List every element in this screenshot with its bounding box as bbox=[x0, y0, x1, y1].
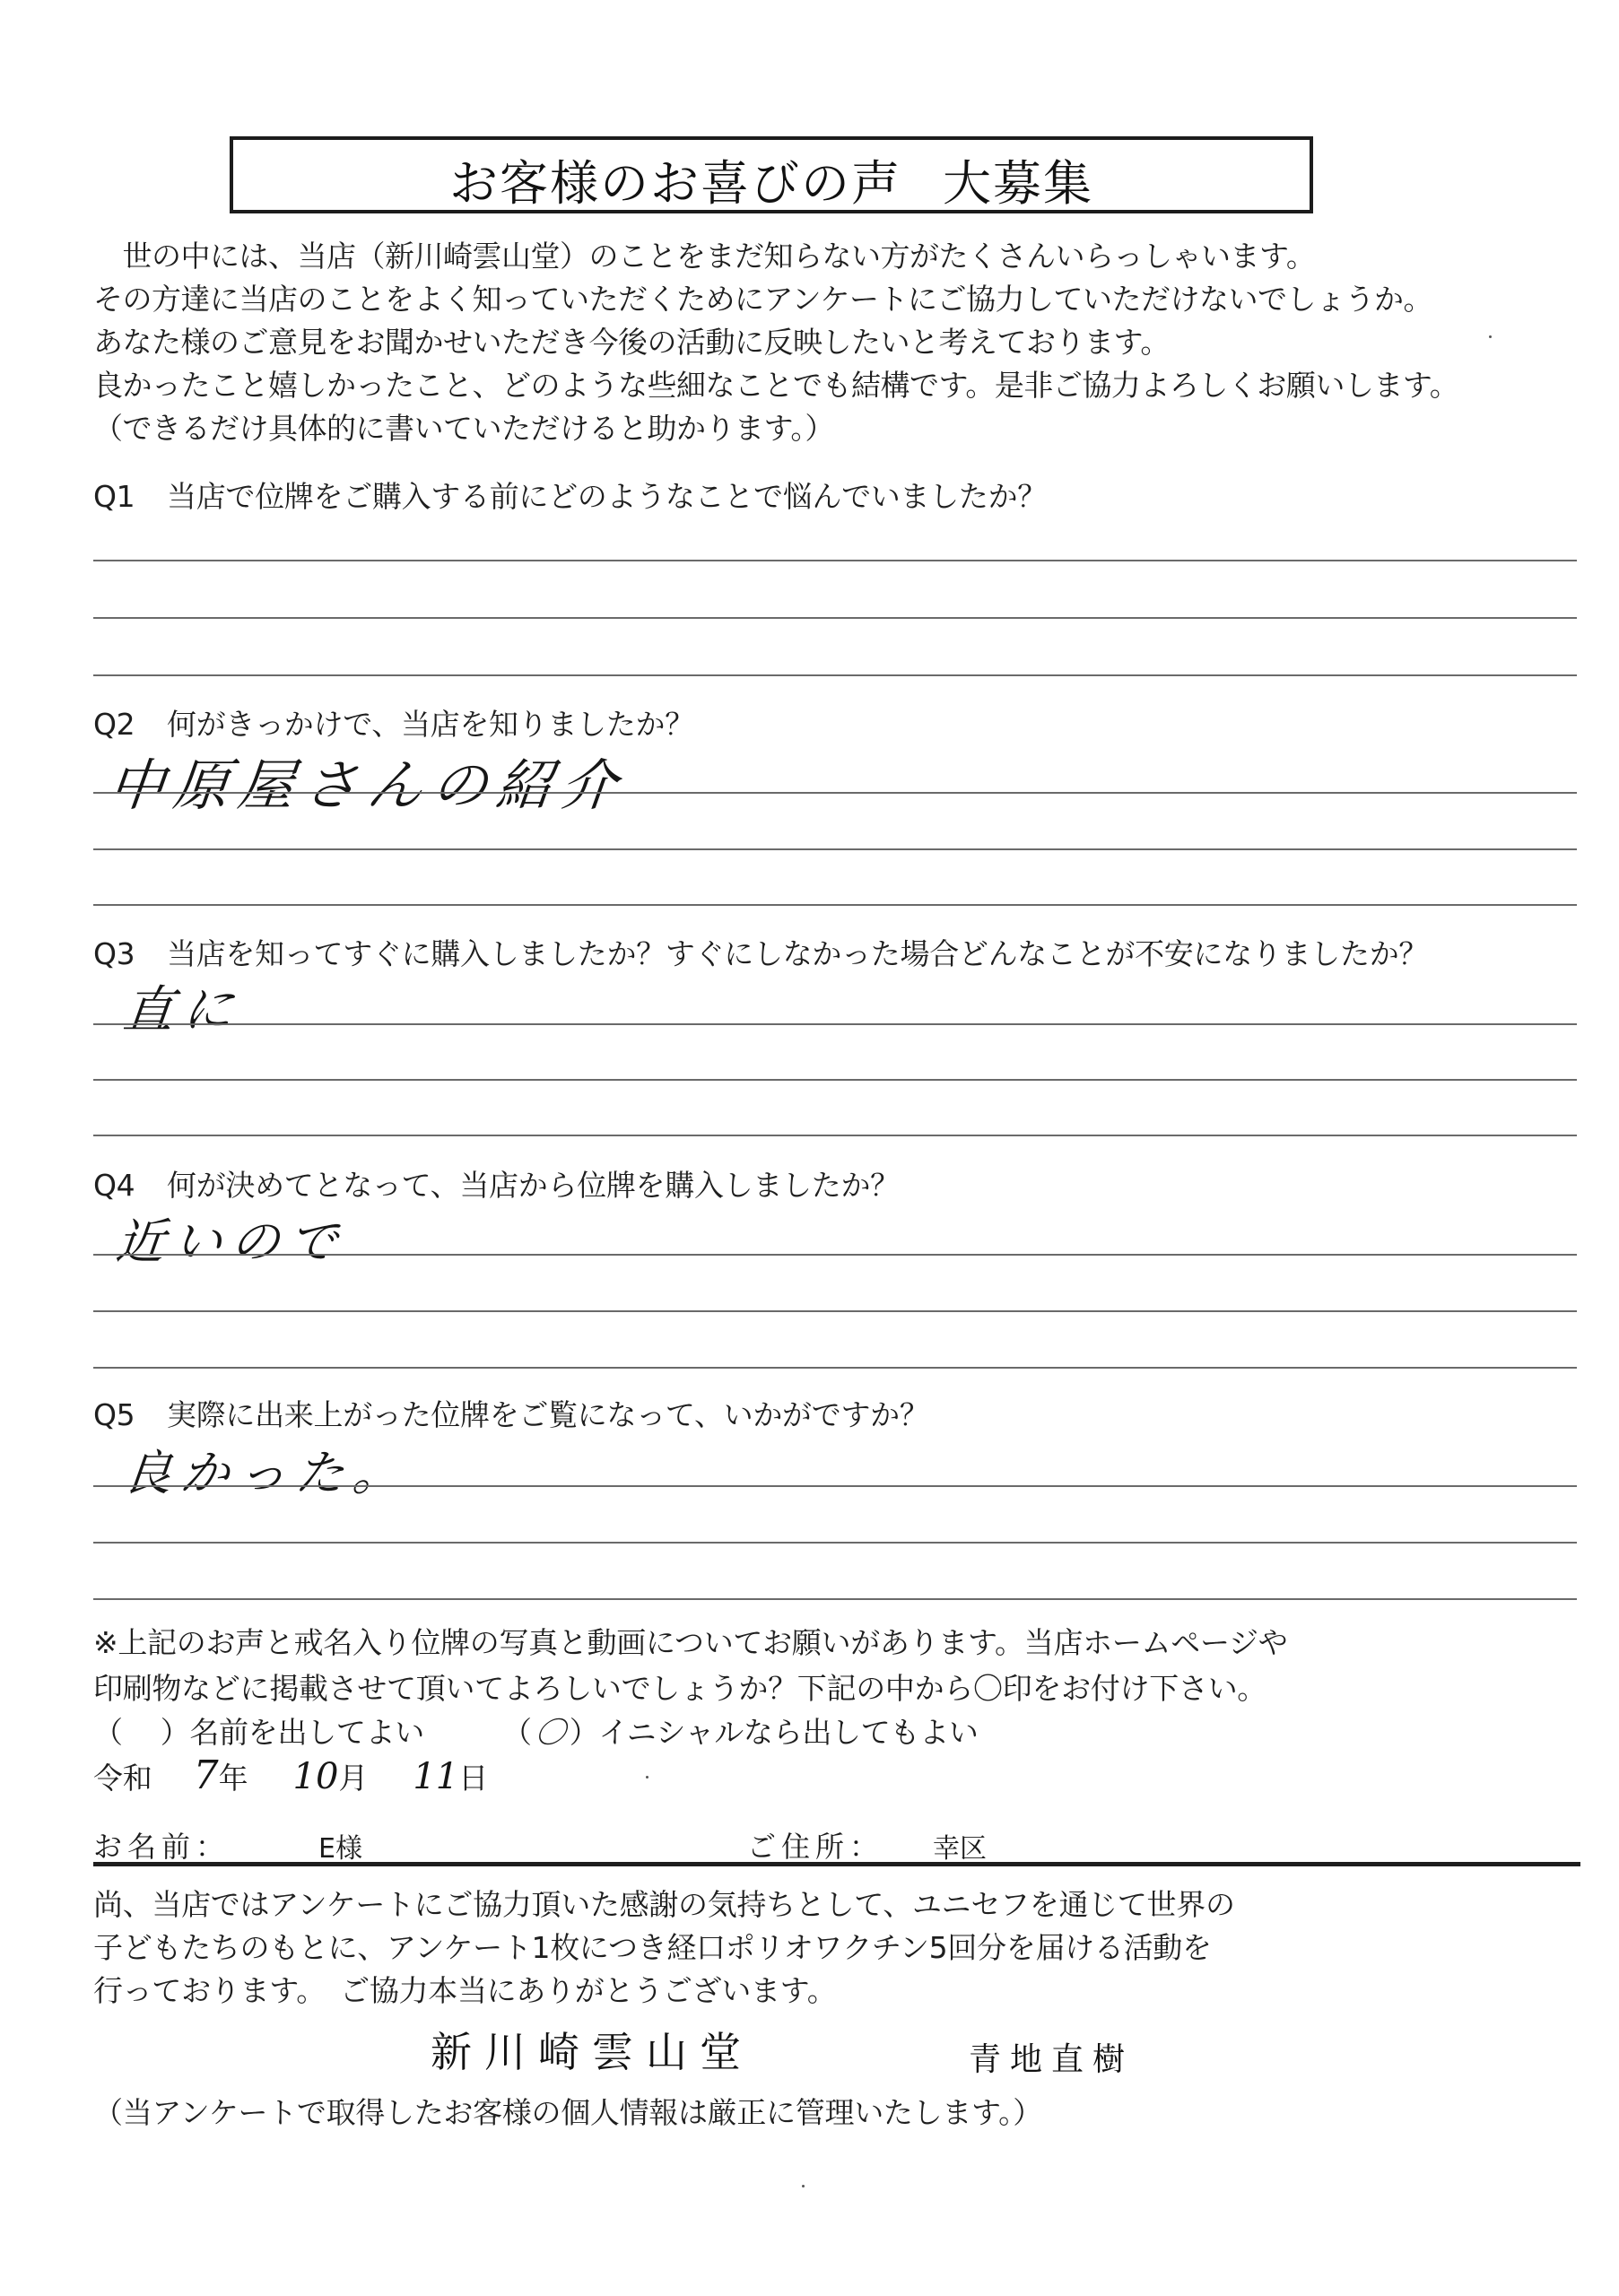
option-bracket-close: ） bbox=[570, 1715, 599, 1750]
name-label: お名前： bbox=[93, 1824, 230, 1865]
answer-line bbox=[93, 1254, 1577, 1256]
question-number: Q1 bbox=[93, 479, 167, 514]
date-day-unit: 日 bbox=[458, 1761, 488, 1796]
answer-line bbox=[93, 1310, 1577, 1312]
date-month-unit: 月 bbox=[338, 1761, 368, 1796]
answer-q5[interactable]: 良かった。 bbox=[120, 1435, 414, 1504]
answer-line bbox=[93, 1135, 1577, 1136]
option-bracket-open: （ bbox=[93, 1715, 123, 1750]
name-value[interactable]: E様 bbox=[318, 1826, 362, 1865]
intro-line: 世の中には、当店（新川崎雲山堂）のことをまだ知らない方がたくさんいらっしゃいます… bbox=[93, 235, 1458, 278]
question-q5: Q5実際に出来上がった位牌をご覧になって、いかがですか？ bbox=[93, 1392, 929, 1434]
answer-q4[interactable]: 近いので bbox=[113, 1204, 350, 1273]
closing-line: 尚、当店ではアンケートにご協力頂いた感謝の気持ちとして、ユニセフを通じて世界の bbox=[93, 1883, 1235, 1926]
title-main: お客様のお喜びの声 bbox=[449, 155, 901, 212]
answer-line bbox=[93, 1023, 1577, 1025]
closing-line: 行っております。 ご協力本当にありがとうございます。 bbox=[93, 1970, 1235, 2013]
question-q4: Q4何が決めてとなって、当店から位牌を購入しましたか？ bbox=[93, 1162, 900, 1205]
date-year[interactable]: 7 bbox=[194, 1752, 219, 1798]
closing-line: 子どもたちのもとに、アンケート1枚につき経口ポリオワクチン5回分を届ける活動を bbox=[93, 1926, 1235, 1970]
address-label: ご住所： bbox=[747, 1824, 883, 1865]
date-era: 令和 bbox=[93, 1761, 152, 1796]
question-number: Q5 bbox=[93, 1397, 167, 1432]
option-bracket-close: ） bbox=[161, 1715, 190, 1750]
question-q2: Q2何がきっかけで、当店を知りましたか？ bbox=[93, 701, 694, 744]
intro-line: 良かったこと嬉しかったこと、どのような些細なことでも結構です。是非ご協力よろしく… bbox=[93, 364, 1458, 407]
intro-line: あなた様のご意見をお聞かせいただき今後の活動に反映したいと考えております。 bbox=[93, 321, 1458, 364]
option-bracket-open: （ bbox=[502, 1715, 532, 1750]
answer-line bbox=[93, 674, 1577, 676]
answer-line bbox=[93, 617, 1577, 619]
option-initial[interactable]: （〇）イニシャルなら出してもよい bbox=[502, 1709, 979, 1752]
question-number: Q2 bbox=[93, 707, 167, 742]
answer-line bbox=[93, 1079, 1577, 1081]
answer-line bbox=[93, 1367, 1577, 1369]
question-number: Q4 bbox=[93, 1168, 167, 1203]
permission-line-2: 印刷物などに掲載させて頂いてよろしいでしょうか？下記の中から〇印をお付け下さい。 bbox=[93, 1665, 1266, 1708]
closing-paragraph: 尚、当店ではアンケートにご協力頂いた感謝の気持ちとして、ユニセフを通じて世界の … bbox=[93, 1883, 1235, 2013]
question-q3: Q3当店を知ってすぐに購入しましたか？すぐにしなかった場合どんなことが不安になり… bbox=[93, 931, 1428, 973]
option-name[interactable]: （）名前を出してよい bbox=[93, 1709, 424, 1752]
option-initial-label: イニシャルなら出してもよい bbox=[598, 1715, 978, 1750]
separator-line bbox=[93, 1862, 1580, 1866]
answer-line bbox=[93, 848, 1577, 850]
question-q1: Q1当店で位牌をご購入する前にどのようなことで悩んでいましたか？ bbox=[93, 474, 1047, 516]
question-number: Q3 bbox=[93, 936, 167, 971]
question-text: 当店で位牌をご購入する前にどのようなことで悩んでいましたか？ bbox=[167, 479, 1047, 514]
question-text: 実際に出来上がった位牌をご覧になって、いかがですか？ bbox=[167, 1397, 929, 1432]
question-text: 当店を知ってすぐに購入しましたか？すぐにしなかった場合どんなことが不安になりまし… bbox=[167, 936, 1428, 971]
title-sub: 大募集 bbox=[943, 155, 1093, 212]
date-line: 令和 7年 10月 11日 bbox=[93, 1752, 488, 1798]
date-month[interactable]: 10 bbox=[293, 1756, 339, 1797]
question-text: 何が決めてとなって、当店から位牌を購入しましたか？ bbox=[167, 1168, 900, 1203]
answer-line bbox=[93, 560, 1577, 561]
privacy-note: （当アンケートで取得したお客様の個人情報は厳正に管理いたします。） bbox=[93, 2090, 1042, 2132]
answer-q3[interactable]: 直に bbox=[120, 970, 246, 1042]
answer-line bbox=[93, 1598, 1577, 1600]
address-value[interactable]: 幸区 bbox=[933, 1826, 987, 1865]
scan-speck bbox=[802, 2185, 805, 2187]
store-name: 新川崎雲山堂 bbox=[431, 2020, 753, 2079]
answer-line bbox=[93, 792, 1577, 794]
page-title: お客様のお喜びの声大募集 bbox=[233, 145, 1310, 214]
intro-line: その方達に当店のことをよく知っていただくためにアンケートにご協力していただけない… bbox=[93, 278, 1458, 321]
answer-line bbox=[93, 1542, 1577, 1544]
signer-name: 青地直樹 bbox=[969, 2034, 1134, 2080]
option-initial-mark[interactable]: 〇 bbox=[528, 1709, 573, 1752]
intro-paragraph: 世の中には、当店（新川崎雲山堂）のことをまだ知らない方がたくさんいらっしゃいます… bbox=[93, 235, 1458, 450]
scan-speck bbox=[646, 1776, 648, 1779]
intro-line: （できるだけ具体的に書いていただけると助かります。） bbox=[93, 407, 1458, 450]
answer-line bbox=[93, 1485, 1577, 1487]
answer-line bbox=[93, 904, 1577, 906]
permission-line-1: ※上記のお声と戒名入り位牌の写真と動画についてお願いがあります。当店ホームページ… bbox=[93, 1620, 1287, 1662]
answer-q2[interactable]: 中原屋さんの紹介 bbox=[105, 741, 630, 821]
scan-speck bbox=[1489, 335, 1492, 338]
question-text: 何がきっかけで、当店を知りましたか？ bbox=[167, 707, 694, 742]
date-day[interactable]: 11 bbox=[413, 1756, 458, 1797]
date-year-unit: 年 bbox=[219, 1761, 248, 1796]
title-frame: お客様のお喜びの声大募集 bbox=[230, 136, 1313, 213]
option-name-label: 名前を出してよい bbox=[189, 1715, 424, 1750]
